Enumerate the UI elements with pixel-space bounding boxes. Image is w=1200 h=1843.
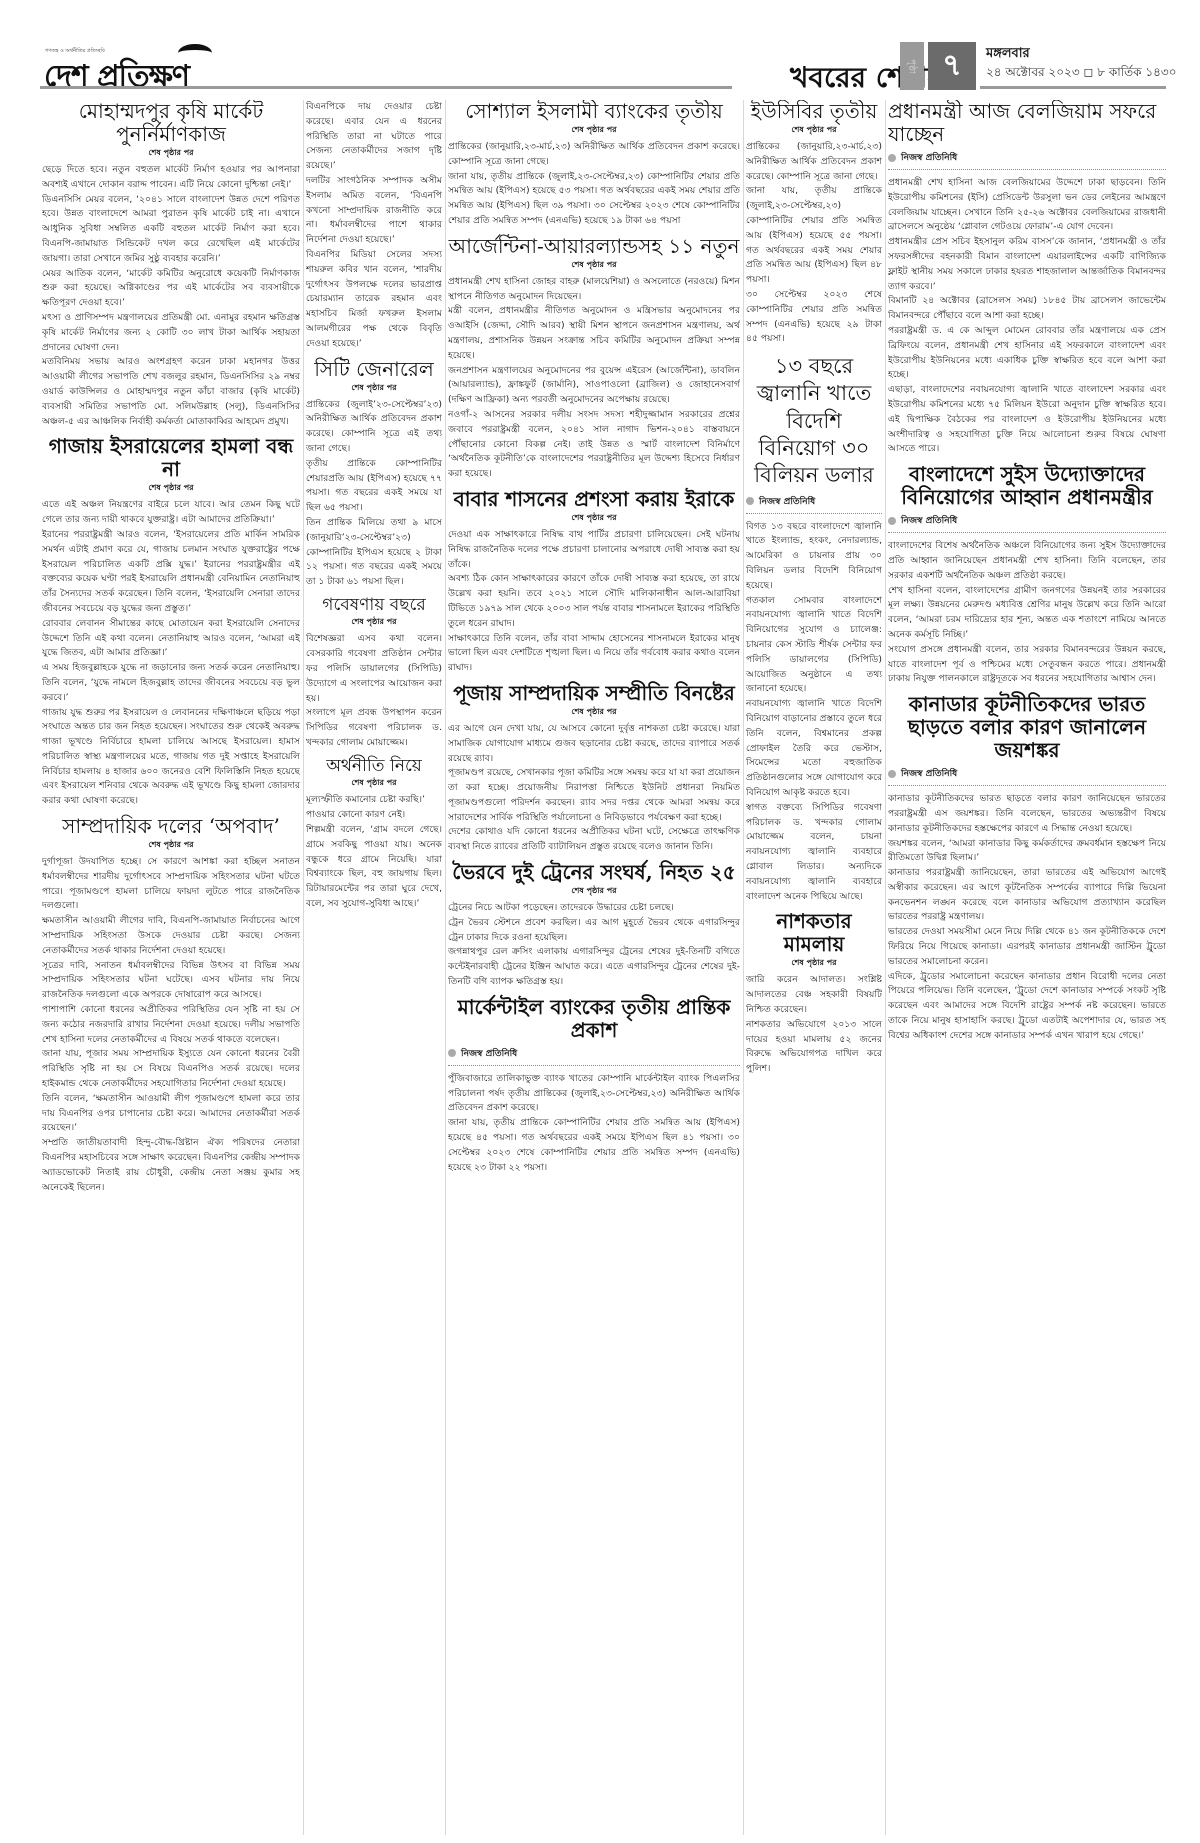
article-body: বাংলাদেশের বিশেষ অর্থনৈতিক অঞ্চলে বিনিয়… <box>888 539 1166 687</box>
paragraph: সম্প্রতি জাতীয়তাবাদী হিন্দু-বৌদ্ধ-খ্রিষ… <box>42 1136 300 1195</box>
page-label: পৃষ্ঠা <box>900 42 924 90</box>
paragraph: ট্রেন ভৈরব স্টেশনে প্রবেশ করছিল। এর আগ ম… <box>448 916 740 946</box>
dotted-divider <box>888 532 1166 533</box>
article-canada-diplomats: কানাডার কূটনীতিকদের ভারত ছাড়তে বলার কার… <box>888 693 1166 1044</box>
paragraph: প্রধানমন্ত্রীর প্রেস সচিব ইহসানুল করিম ব… <box>888 235 1166 294</box>
paragraph: সংলাপে মূল প্রবন্ধ উপস্থাপন করেন সিপিডির… <box>306 706 442 750</box>
article-body: প্রান্তিকের (জুলাই’২৩-সেপ্টেম্বর’২৩) অনি… <box>306 398 442 590</box>
article-headline[interactable]: মার্কেন্টাইল ব্যাংকের তৃতীয় প্রান্তিক প… <box>448 996 740 1042</box>
header-divider <box>40 86 732 89</box>
paragraph: এ সময় হিজবুল্লাহকে যুদ্ধে না জড়ানোর জন… <box>42 661 300 705</box>
paragraph: বিএনপির মিডিয়া সেলের সদস্য শায়রুল কবির… <box>306 248 442 352</box>
dotted-divider <box>888 785 1166 786</box>
paragraph: প্রান্তিকের (জুলাই’২৩-সেপ্টেম্বর’২৩) অনি… <box>306 398 442 457</box>
newspaper-page: গণতন্ত্র ও অর্থনীতির প্রতিচ্ছবি দেশ প্রত… <box>0 0 1200 1843</box>
byline-text: নিজস্ব প্রতিনিধি <box>901 766 957 781</box>
continued-label: শেষ পৃষ্ঠার পর <box>42 482 300 495</box>
continued-label: শেষ পৃষ্ঠার পর <box>448 259 740 272</box>
article-body: বিএনপিকে দায় দেওয়ার চেষ্টা করেছে। এবার… <box>306 100 442 352</box>
paragraph: এছাড়া, বাংলাদেশের নবায়নযোগ্য জ্বালানি … <box>888 383 1166 457</box>
paragraph: পররাষ্ট্রমন্ত্রী ড. এ কে আব্দুল মোমেন রো… <box>888 324 1166 383</box>
paragraph: জানা যায়, তৃতীয় প্রান্তিকে (জুলাই,২৩-স… <box>448 170 740 229</box>
article-body: পুঁজিবাজারে তালিকাভুক্ত ব্যাংক খাতের কোম… <box>448 1072 740 1176</box>
article-new-missions: আর্জেন্টিনা-আয়ারল্যান্ডসহ ১১ নতুন শেষ প… <box>448 235 740 482</box>
paragraph: বিগত ১৩ বছরে বাংলাদেশে জ্বালানি খাতে ইংল… <box>746 520 882 594</box>
newspaper-logo[interactable]: দেশ প্রতিক্ষণ <box>44 52 189 103</box>
article-research: গবেষণায় বছরে শেষ পৃষ্ঠার পর বিশেষজ্ঞরা … <box>306 596 442 751</box>
paragraph: ট্রেনের নিচে আটকা পড়েছেন। তাদেরকে উদ্ধা… <box>448 901 740 916</box>
paragraph: স্বাগত বক্তব্যে সিপিডির গবেষণা পরিচালক ড… <box>746 801 882 905</box>
paragraph: পাশাপাশি কোনো ধরনের অপ্রীতিকর পরিস্থিতির… <box>42 1003 300 1047</box>
article-headline[interactable]: সাম্প্রদায়িক দলের ‘অপবাদ’ <box>42 815 300 838</box>
paragraph: মন্ত্রী বলেন, প্রধানমন্ত্রীর নীতিগত অনুম… <box>448 304 740 363</box>
article-body: দেওয়া এক সাক্ষাৎকারে নিষিদ্ধ বাথ পার্টি… <box>448 528 740 676</box>
article-body: বিগত ১৩ বছরে বাংলাদেশে জ্বালানি খাতে ইংল… <box>746 520 882 905</box>
article-headline[interactable]: মোহাম্মদপুর কৃষি মার্কেট পুনর্নির্মাণকাজ <box>42 100 300 146</box>
bullet-icon <box>888 770 896 778</box>
article-body: এর আগে যেন দেখা যায়, যে আসবে কোনো দুর্ব… <box>448 722 740 855</box>
article-headline[interactable]: গবেষণায় বছরে <box>306 596 442 616</box>
article-body: প্রধানমন্ত্রী শেখ হাসিনা আজ বেলজিয়ামের … <box>888 176 1166 457</box>
article-headline[interactable]: কানাডার কূটনীতিকদের ভারত ছাড়তে বলার কার… <box>888 693 1166 762</box>
article-headline[interactable]: অর্থনীতি নিয়ে <box>306 757 442 777</box>
column-4: ইউসিবির তৃতীয় শেষ পৃষ্ঠার পর প্রান্তিকে… <box>746 100 882 1840</box>
paragraph: দেওয়া এক সাক্ষাৎকারে নিষিদ্ধ বাথ পার্টি… <box>448 528 740 572</box>
paragraph: সূত্রের দাবি, সনাতন ধর্মাবলম্বীদের বিভিন… <box>42 959 300 1003</box>
paragraph: বিশেষজ্ঞরা এসব কথা বলেন। বেসরকারি গবেষণা… <box>306 632 442 706</box>
article-headline[interactable]: পূজায় সাম্প্রদায়িক সম্প্রীতি বিনষ্টের <box>448 682 740 705</box>
paragraph: কানাডার পররাষ্ট্রমন্ত্রী জানিয়েছেন, তার… <box>888 866 1166 925</box>
column-divider <box>743 100 744 1835</box>
article-headline[interactable]: বাবার শাসনের প্রশংসা করায় ইরাকে <box>448 488 740 511</box>
article-body: বিশেষজ্ঞরা এসব কথা বলেন। বেসরকারি গবেষণা… <box>306 632 442 750</box>
column-2: বিএনপিকে দায় দেওয়ার চেষ্টা করেছে। এবার… <box>306 100 442 1840</box>
paragraph: জনপ্রশাসন মন্ত্রণালয়ের অনুমোদনের পর বুয… <box>448 364 740 408</box>
paragraph: নাশকতার অভিযোগে ২০১৩ সালে দায়ের হওয়া ম… <box>746 1018 882 1077</box>
article-krishi-market: মোহাম্মদপুর কৃষি মার্কেট পুনর্নির্মাণকাজ… <box>42 100 300 429</box>
page-number: ৭ <box>928 42 976 90</box>
paragraph: তিন প্রান্তিক মিলিয়ে তথা ৯ মাসে (জানুয়… <box>306 516 442 590</box>
paragraph: দুর্গাপূজা উদযাপিত হচ্ছে। সে কারণে আশঙ্ক… <box>42 855 300 914</box>
article-ucb: ইউসিবির তৃতীয় শেষ পৃষ্ঠার পর প্রান্তিকে… <box>746 100 882 347</box>
bullet-icon <box>888 517 896 525</box>
article-headline[interactable]: গাজায় ইসরায়েলের হামলা বন্ধ না <box>42 435 300 481</box>
article-body: মূল্যস্ফীতি কমানোর চেষ্টা করছি।’ পাওয়ার… <box>306 793 442 911</box>
paragraph: এদিকে, ট্রুডোর সমালোচনা করেছেন কানাডার প… <box>888 970 1166 1044</box>
bullet-icon <box>448 1049 456 1057</box>
paragraph: ইরানের পররাষ্ট্রমন্ত্রী আরও বলেন, ‘ইসরায… <box>42 528 300 617</box>
column-5: প্রধানমন্ত্রী আজ বেলজিয়াম সফরে যাচ্ছেন … <box>888 100 1166 1840</box>
article-economy: অর্থনীতি নিয়ে শেষ পৃষ্ঠার পর মূল্যস্ফীত… <box>306 757 442 912</box>
paragraph: সংযোগ প্রসঙ্গে প্রধানমন্ত্রী বলেন, তার স… <box>888 643 1166 687</box>
continued-label: শেষ পৃষ্ঠার পর <box>448 124 740 137</box>
article-mercantile-bank: মার্কেন্টাইল ব্যাংকের তৃতীয় প্রান্তিক প… <box>448 996 740 1176</box>
paragraph: তৃতীয় প্রান্তিকে কোম্পানিটির শেয়ারপ্রত… <box>306 457 442 516</box>
article-communal-party: সাম্প্রদায়িক দলের ‘অপবাদ’ শেষ পৃষ্ঠার প… <box>42 815 300 1195</box>
article-city-general: সিটি জেনারেল শেষ পৃষ্ঠার পর প্রান্তিকের … <box>306 358 442 590</box>
article-headline[interactable]: ইউসিবির তৃতীয় <box>746 100 882 123</box>
article-social-islami-bank: সোশ্যাল ইসলামী ব্যাংকের তৃতীয় শেষ পৃষ্ঠ… <box>448 100 740 229</box>
byline: নিজস্ব প্রতিনিধি <box>888 150 1166 165</box>
article-headline[interactable]: ভৈরবে দুই ট্রেনের সংঘর্ষ, নিহত ২৫ <box>448 861 740 884</box>
paragraph: গাজায় যুদ্ধ শুরুর পর ইসরায়েল ও লেবাননে… <box>42 706 300 810</box>
paragraph: শেখ হাসিনা বলেন, বাংলাদেশের গ্রামীণ জনগণ… <box>888 584 1166 643</box>
paragraph: জানা যায়, পূজার সময় সাম্প্রদায়িক ইস্য… <box>42 1047 300 1091</box>
article-body: দুর্গাপূজা উদযাপিত হচ্ছে। সে কারণে আশঙ্ক… <box>42 855 300 1195</box>
paragraph: অবশ্য ঠিক কোন সাক্ষাৎকারের কারণে তাঁকে দ… <box>448 572 740 631</box>
article-headline[interactable]: ১৩ বছরে জ্বালানি খাতে বিদেশি বিনিয়োগ ৩০… <box>746 353 882 489</box>
article-gaza: গাজায় ইসরায়েলের হামলা বন্ধ না শেষ পৃষ্… <box>42 435 300 809</box>
article-train-collision: ভৈরবে দুই ট্রেনের সংঘর্ষ, নিহত ২৫ শেষ পৃ… <box>448 861 740 990</box>
article-body: এতে এই অঞ্চল নিয়ন্ত্রণের বাইরে চলে যাবে… <box>42 498 300 809</box>
byline: নিজস্ব প্রতিনিধি <box>888 513 1166 528</box>
article-body: কানাডার কূটনীতিকদের ভারত ছাড়তে বলার কার… <box>888 792 1166 1044</box>
article-sabotage-case: নাশকতার মামলায় শেষ পৃষ্ঠার পর জারি করেন… <box>746 910 882 1077</box>
paragraph: পুঁজিবাজারে তালিকাভুক্ত ব্যাংক খাতের কোম… <box>448 1072 740 1116</box>
paragraph: প্রান্তিকের (জানুয়ারি,২৩-মার্চ,২৩) অনির… <box>448 140 740 170</box>
article-headline[interactable]: প্রধানমন্ত্রী আজ বেলজিয়াম সফরে যাচ্ছেন <box>888 100 1166 146</box>
paragraph: এতে এই অঞ্চল নিয়ন্ত্রণের বাইরে চলে যাবে… <box>42 498 300 528</box>
continued-label: শেষ পৃষ্ঠার পর <box>42 147 300 160</box>
continued-label: শেষ পৃষ্ঠার পর <box>306 382 442 395</box>
continued-label: শেষ পৃষ্ঠার পর <box>306 616 442 629</box>
paragraph: প্রধানমন্ত্রী শেখ হাসিনা আজ বেলজিয়ামের … <box>888 176 1166 235</box>
paragraph: পাওয়ার কোনো কারণ নেই। <box>306 808 442 823</box>
paragraph: বিমানটি ২৪ অক্টোবর (ব্রাসেলস সময়) ১৮৪৫ … <box>888 294 1166 324</box>
continued-label: শেষ পৃষ্ঠার পর <box>42 839 300 852</box>
byline: নিজস্ব প্রতিনিধি <box>746 494 882 509</box>
paragraph: জগন্নাথপুর রেল ক্রসিং এলাকায় এগারসিন্দু… <box>448 945 740 989</box>
byline: নিজস্ব প্রতিনিধি <box>448 1046 740 1061</box>
column-1: মোহাম্মদপুর কৃষি মার্কেট পুনর্নির্মাণকাজ… <box>42 100 300 1840</box>
paragraph: মৎস্য ও প্রাণিসম্পদ মন্ত্রণালয়ের প্রতিম… <box>42 311 300 355</box>
issue-date: ২৪ অক্টোবর ২০২৩ ◻ ৮ কার্তিক ১৪৩০ <box>986 64 1177 84</box>
bullet-icon <box>888 154 896 162</box>
column-3: সোশ্যাল ইসলামী ব্যাংকের তৃতীয় শেষ পৃষ্ঠ… <box>448 100 740 1840</box>
article-body: প্রান্তিকের (জানুয়ারি,২৩-মার্চ,২৩) অনির… <box>448 140 740 229</box>
continued-label: শেষ পৃষ্ঠার পর <box>448 512 740 525</box>
article-body: ছেড়ে দিতে হবে। নতুন বহুতল মার্কেট নির্ম… <box>42 163 300 429</box>
paragraph: বিএনপিকে দায় দেওয়ার চেষ্টা করেছে। এবার… <box>306 100 442 174</box>
paragraph: জানা যায়, তৃতীয় প্রান্তিকে কোম্পানিটির… <box>448 1116 740 1175</box>
article-body: জারি করেন আদালত। সংশ্লিষ্ট আদালতের বেঞ্চ… <box>746 973 882 1077</box>
issue-day: মঙ্গলবার <box>986 44 1030 65</box>
paragraph: কানাডার কূটনীতিকদের ভারত ছাড়তে বলার কার… <box>888 792 1166 836</box>
article-body: প্রান্তিকের (জানুয়ারি,২৩-মার্চ,২৩) অনির… <box>746 140 882 347</box>
continued-label: শেষ পৃষ্ঠার পর <box>746 957 882 970</box>
paragraph: দেশের কোথাও যদি কোনো ধরনের অপ্রীতিকর ঘটন… <box>448 825 740 855</box>
paragraph: এর আগে যেন দেখা যায়, যে আসবে কোনো দুর্ব… <box>448 722 740 766</box>
article-body: প্রধানমন্ত্রী শেখ হাসিনা জোহর বাহরু (মাল… <box>448 275 740 482</box>
bullet-icon <box>746 497 754 505</box>
column-divider <box>445 100 446 1835</box>
article-headline[interactable]: সোশ্যাল ইসলামী ব্যাংকের তৃতীয় <box>448 100 740 123</box>
header-divider <box>980 86 1166 89</box>
paragraph: ছেড়ে দিতে হবে। নতুন বহুতল মার্কেট নির্ম… <box>42 163 300 193</box>
paragraph: নবায়নযোগ্য জ্বালানি খাতে বিদেশি বিনিয়ো… <box>746 697 882 801</box>
byline-text: নিজস্ব প্রতিনিধি <box>461 1046 517 1061</box>
paragraph: পূজামণ্ডপ রয়েছে, সেখানকার পূজা কমিটির স… <box>448 766 740 825</box>
article-continuation: বিএনপিকে দায় দেওয়ার চেষ্টা করেছে। এবার… <box>306 100 442 352</box>
paragraph: রোববার লেবানন সীমান্তের কাছে মোতায়েন কর… <box>42 617 300 661</box>
byline-text: নিজস্ব প্রতিনিধি <box>901 150 957 165</box>
paragraph: মতবিনিময় সভায় আরও অংশগ্রহণ করেন ঢাকা ম… <box>42 355 300 429</box>
dotted-divider <box>746 513 882 514</box>
paragraph: জারি করেন আদালত। সংশ্লিষ্ট আদালতের বেঞ্চ… <box>746 973 882 1017</box>
paragraph: সাক্ষাৎকারে তিনি বলেন, তাঁর বাবা সাদ্দাম… <box>448 632 740 676</box>
article-puja-harmony: পূজায় সাম্প্রদায়িক সম্প্রীতি বিনষ্টের … <box>448 682 740 855</box>
paragraph: জানা যায়, তৃতীয় প্রান্তিকে (জুলাই,২৩-স… <box>746 184 882 288</box>
paragraph: ডিএনসিসি মেয়র বলেন, ‘২০৪১ সালে বাংলাদেশ… <box>42 193 300 267</box>
paragraph: তিনি বলেন, ‘ক্ষমতাসীন আওয়ামী লীগ পূজামণ… <box>42 1092 300 1136</box>
article-body: ট্রেনের নিচে আটকা পড়েছেন। তাদেরকে উদ্ধা… <box>448 901 740 990</box>
paragraph: প্রধানমন্ত্রী শেখ হাসিনা জোহর বাহরু (মাল… <box>448 275 740 305</box>
article-swiss-investment: বাংলাদেশে সুইস উদ্যোক্তাদের বিনিয়োগের আ… <box>888 463 1166 687</box>
paragraph: ভারতের দেওয়া সময়সীমা মেনে নিয়ে দিল্লি… <box>888 925 1166 969</box>
article-pm-belgium: প্রধানমন্ত্রী আজ বেলজিয়াম সফরে যাচ্ছেন … <box>888 100 1166 457</box>
article-energy-investment: ১৩ বছরে জ্বালানি খাতে বিদেশি বিনিয়োগ ৩০… <box>746 353 882 904</box>
dotted-divider <box>888 169 1166 170</box>
paragraph: গতকাল সোমবার বাংলাদেশে নবায়নযোগ্য জ্বাল… <box>746 594 882 698</box>
byline-text: নিজস্ব প্রতিনিধি <box>759 494 815 509</box>
continued-label: শেষ পৃষ্ঠার পর <box>746 124 882 137</box>
byline-text: নিজস্ব প্রতিনিধি <box>901 513 957 528</box>
byline: নিজস্ব প্রতিনিধি <box>888 766 1166 781</box>
article-headline[interactable]: সিটি জেনারেল <box>306 358 442 381</box>
paragraph: জয়শঙ্কর বলেন, ‘আমরা কানাডার কিছু কর্মকর… <box>888 837 1166 867</box>
continued-label: শেষ পৃষ্ঠার পর <box>306 777 442 790</box>
article-headline[interactable]: আর্জেন্টিনা-আয়ারল্যান্ডসহ ১১ নতুন <box>448 235 740 258</box>
dotted-divider <box>448 1065 740 1066</box>
article-iraq: বাবার শাসনের প্রশংসা করায় ইরাকে শেষ পৃষ… <box>448 488 740 676</box>
paragraph: মূল্যস্ফীতি কমানোর চেষ্টা করছি।’ <box>306 793 442 808</box>
article-headline[interactable]: নাশকতার মামলায় <box>746 910 882 956</box>
continued-label: শেষ পৃষ্ঠার পর <box>448 885 740 898</box>
paragraph: নওগাঁ-২ আসনের সরকার দলীয় সংসদ সদস্য শহী… <box>448 408 740 482</box>
paragraph: ৩০ সেপ্টেম্বর ২০২৩ শেষে কোম্পানিটির শেয়… <box>746 288 882 347</box>
paragraph: প্রান্তিকের (জানুয়ারি,২৩-মার্চ,২৩) অনির… <box>746 140 882 184</box>
article-headline[interactable]: বাংলাদেশে সুইস উদ্যোক্তাদের বিনিয়োগের আ… <box>888 463 1166 509</box>
paragraph: ক্ষমতাসীন আওয়ামী লীগের দাবি, বিএনপি-জাম… <box>42 914 300 958</box>
paragraph: বাংলাদেশের বিশেষ অর্থনৈতিক অঞ্চলে বিনিয়… <box>888 539 1166 583</box>
paragraph: দলটির সাংগঠনিক সম্পাদক অসীম ইসলাম অমিত ব… <box>306 174 442 248</box>
continued-label: শেষ পৃষ্ঠার পর <box>448 706 740 719</box>
paragraph: মেয়র আতিক বলেন, ‘মার্কেট কমিটির অনুরোধে… <box>42 267 300 311</box>
paragraph: শিল্পমন্ত্রী বলেন, ‘গ্রাম বদলে গেছে। গ্র… <box>306 823 442 912</box>
column-divider <box>303 100 304 1835</box>
column-divider <box>885 100 886 1835</box>
